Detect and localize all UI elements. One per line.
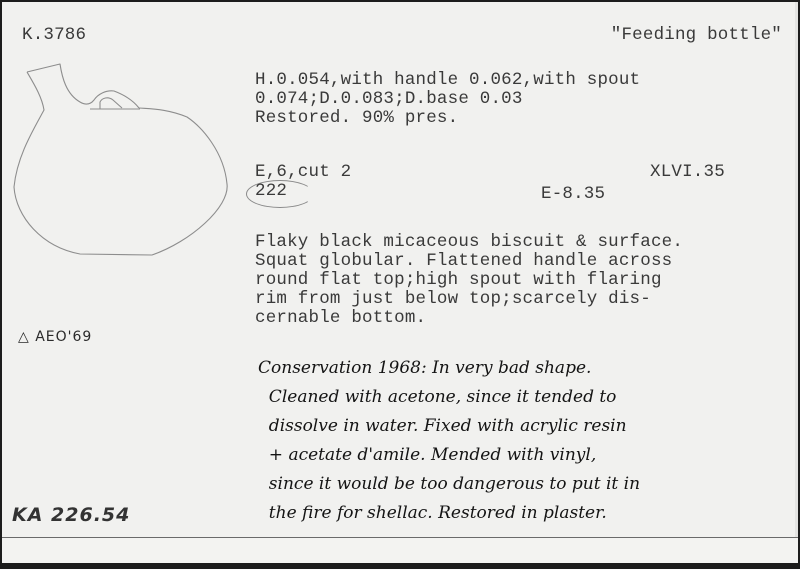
description-text: Flaky black micaceous biscuit & surface.… — [255, 233, 683, 328]
card-edge — [795, 2, 798, 562]
catalog-card: K.3786 "Feeding bottle" H.0.054,with han… — [2, 2, 798, 562]
object-name: "Feeding bottle" — [611, 26, 782, 45]
find-location: E,6,cut 2 — [255, 163, 351, 182]
dimensions-text: H.0.054,with handle 0.062,with spout 0.0… — [255, 71, 640, 128]
inventory-number: KA 226.54 — [12, 504, 130, 526]
reference-code: E-8.35 — [541, 185, 605, 204]
card-bottom-strip — [2, 537, 798, 563]
catalog-number: K.3786 — [22, 26, 86, 45]
photo-reference: △ AEO'69 — [18, 329, 92, 345]
conservation-note: Conservation 1968: In very bad shape. Cl… — [258, 354, 640, 528]
plate-reference: XLVI.35 — [650, 163, 725, 182]
find-number: 222 — [255, 182, 287, 201]
